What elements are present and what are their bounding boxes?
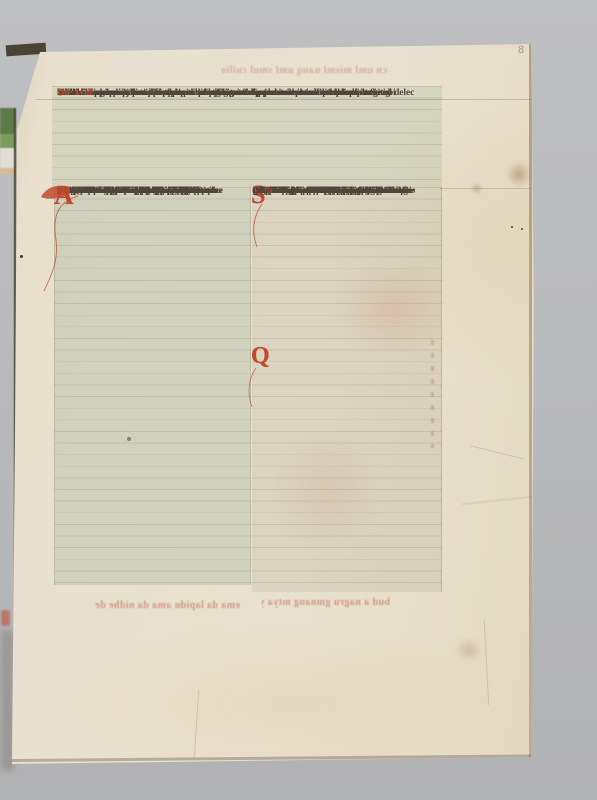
ruling-line-margin bbox=[440, 188, 532, 189]
ruled-area-intro bbox=[52, 86, 442, 187]
ruled-area-left-column bbox=[54, 187, 251, 585]
ink-speck bbox=[521, 228, 523, 230]
parchment-crease bbox=[194, 690, 200, 758]
stain bbox=[505, 162, 533, 186]
parchment-crease bbox=[471, 445, 525, 459]
running-title-showthrough: cn uml misml uauq uml smul cuilio bbox=[197, 65, 387, 79]
ink-speck bbox=[511, 226, 513, 228]
facing-page-red-fragment bbox=[1, 610, 10, 626]
rubric-initial-q: Q bbox=[251, 344, 270, 368]
parchment-crease bbox=[484, 620, 489, 705]
catchline-showthrough-right: bud a nagru gmnang mtya y dua bbox=[262, 597, 390, 611]
parchment-page: 8 cn uml misml uauq uml smul cuilio Ohan… bbox=[0, 0, 597, 800]
parchment-crease bbox=[462, 496, 532, 504]
page-right-edge bbox=[529, 44, 532, 757]
ruled-area-right-column bbox=[252, 187, 442, 592]
ink-speck bbox=[127, 437, 131, 441]
stain bbox=[470, 183, 484, 194]
page-top-edge bbox=[38, 37, 534, 46]
gutter-shadow bbox=[1, 630, 14, 770]
illumination-fragment bbox=[0, 108, 14, 134]
manuscript-photo: 8 cn uml misml uauq uml smul cuilio Ohan… bbox=[0, 0, 597, 800]
red-ink-bleedthrough bbox=[431, 340, 434, 448]
stain bbox=[452, 640, 486, 660]
page-bottom-edge bbox=[12, 754, 531, 762]
folio-number: 8 bbox=[518, 44, 538, 58]
ink-speck bbox=[20, 255, 23, 258]
catchline-showthrough-left: ema da lapidu ama da nidhe de apl bbox=[95, 600, 240, 614]
facing-page-illuminated-edge bbox=[0, 108, 16, 632]
